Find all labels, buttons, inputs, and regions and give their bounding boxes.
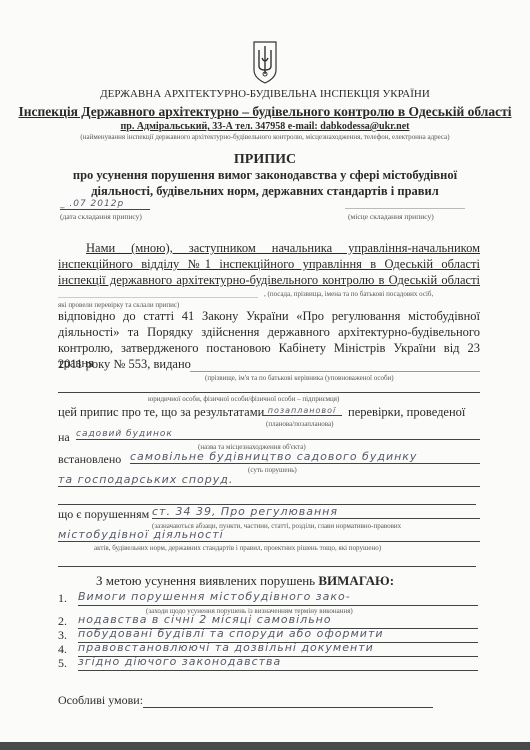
date-caption: (дата складання припису)	[60, 212, 142, 221]
issued-prefix: 2011 року № 553, видано	[58, 357, 191, 372]
entity-caption: юридичної особи, фізичної особи/фізичної…	[148, 395, 339, 403]
inspection-type-caption: (планова/позапланова)	[266, 420, 333, 428]
document-subtitle-line2: діяльності, будівельних норм, державних …	[0, 184, 530, 199]
requirement-number: 1.	[58, 591, 67, 606]
place-caption: (місце складання припису)	[348, 212, 434, 221]
inspection-type-field: позапланової	[262, 406, 342, 416]
inspectors-line-2: інспекційного відділу №1 інспекційного у…	[58, 257, 480, 272]
established-prefix: встановлено	[58, 452, 121, 467]
date-field: _ .07 2012р	[60, 199, 150, 210]
requirement-item: Вимоги порушення містобудівного зако-	[78, 590, 478, 606]
place-field	[345, 208, 465, 209]
scan-edge	[0, 742, 530, 750]
violation-field-1: ст. 34 39, Про регулювання	[152, 505, 480, 519]
requirements-demand-label: ВИМАГАЮ:	[318, 573, 394, 588]
object-prefix: на	[58, 430, 70, 445]
document-page: ДЕРЖАВНА АРХІТЕКТУРНО-БУДІВЕЛЬНА ІНСПЕКЦ…	[0, 0, 530, 742]
special-conditions-label: Особливі умови:	[58, 693, 143, 708]
org-address-caption: (найменування інспекції державного архіт…	[0, 133, 530, 141]
inspectors-line-3: інспекції державного архітектурно-будіве…	[58, 273, 480, 288]
legal-basis-line-1: відповідно до статті 41 Закону України «…	[58, 309, 480, 324]
org-regional-title: Інспекція Державного архітектурно – буді…	[0, 104, 530, 120]
document-subtitle-line1: про усунення порушення вимог законодавст…	[0, 168, 530, 183]
object-field: садовий будинок	[76, 429, 480, 440]
violation-prefix: що є порушенням	[58, 507, 149, 522]
results-suffix: перевірки, проведеної	[348, 405, 465, 420]
tryzub-coat-of-arms-icon	[252, 40, 278, 84]
org-address: пр. Адміральський, 33-А тел. 347958 e-ma…	[0, 121, 530, 132]
violation-caption-2: актів, будівельних норм, державних станд…	[94, 544, 381, 552]
entity-field	[58, 392, 480, 393]
requirement-item: згідно діючого законодавства	[78, 655, 478, 671]
results-prefix: цей припис про те, що за результатами	[58, 405, 264, 420]
issued-to-field	[190, 371, 480, 372]
requirement-number: 5.	[58, 656, 67, 671]
issued-caption: (прізвище, ім'я та по батькові керівника…	[205, 374, 394, 382]
violation-field-2: містобудівної діяльності	[58, 528, 480, 542]
violation-field-3	[58, 566, 476, 567]
special-conditions-field	[143, 707, 433, 708]
requirement-number: 2.	[58, 614, 67, 629]
established-field-1: самовільне будівництво садового будинку	[130, 450, 480, 464]
document-title: ПРИПИС	[0, 152, 530, 168]
requirements-intro: З метою усунення виявлених порушень ВИМА…	[96, 573, 394, 589]
inspectors-caption-1: , (посада, прізвища, імена та по батьков…	[264, 290, 433, 298]
inspectors-names-field	[58, 297, 258, 298]
legal-basis-line-2: діяльності» та Порядку здійснення держав…	[58, 325, 480, 340]
requirement-number: 4.	[58, 642, 67, 657]
requirements-intro-text: З метою усунення виявлених порушень	[96, 573, 315, 588]
inspectors-line-1: Нами (мною), заступником начальника упра…	[58, 241, 480, 256]
established-field-2: та господарських споруд.	[58, 473, 480, 487]
org-main-title: ДЕРЖАВНА АРХІТЕКТУРНО-БУДІВЕЛЬНА ІНСПЕКЦ…	[0, 88, 530, 100]
requirement-number: 3.	[58, 628, 67, 643]
inspectors-caption-2: які провели перевірку та склали припис)	[58, 301, 179, 309]
